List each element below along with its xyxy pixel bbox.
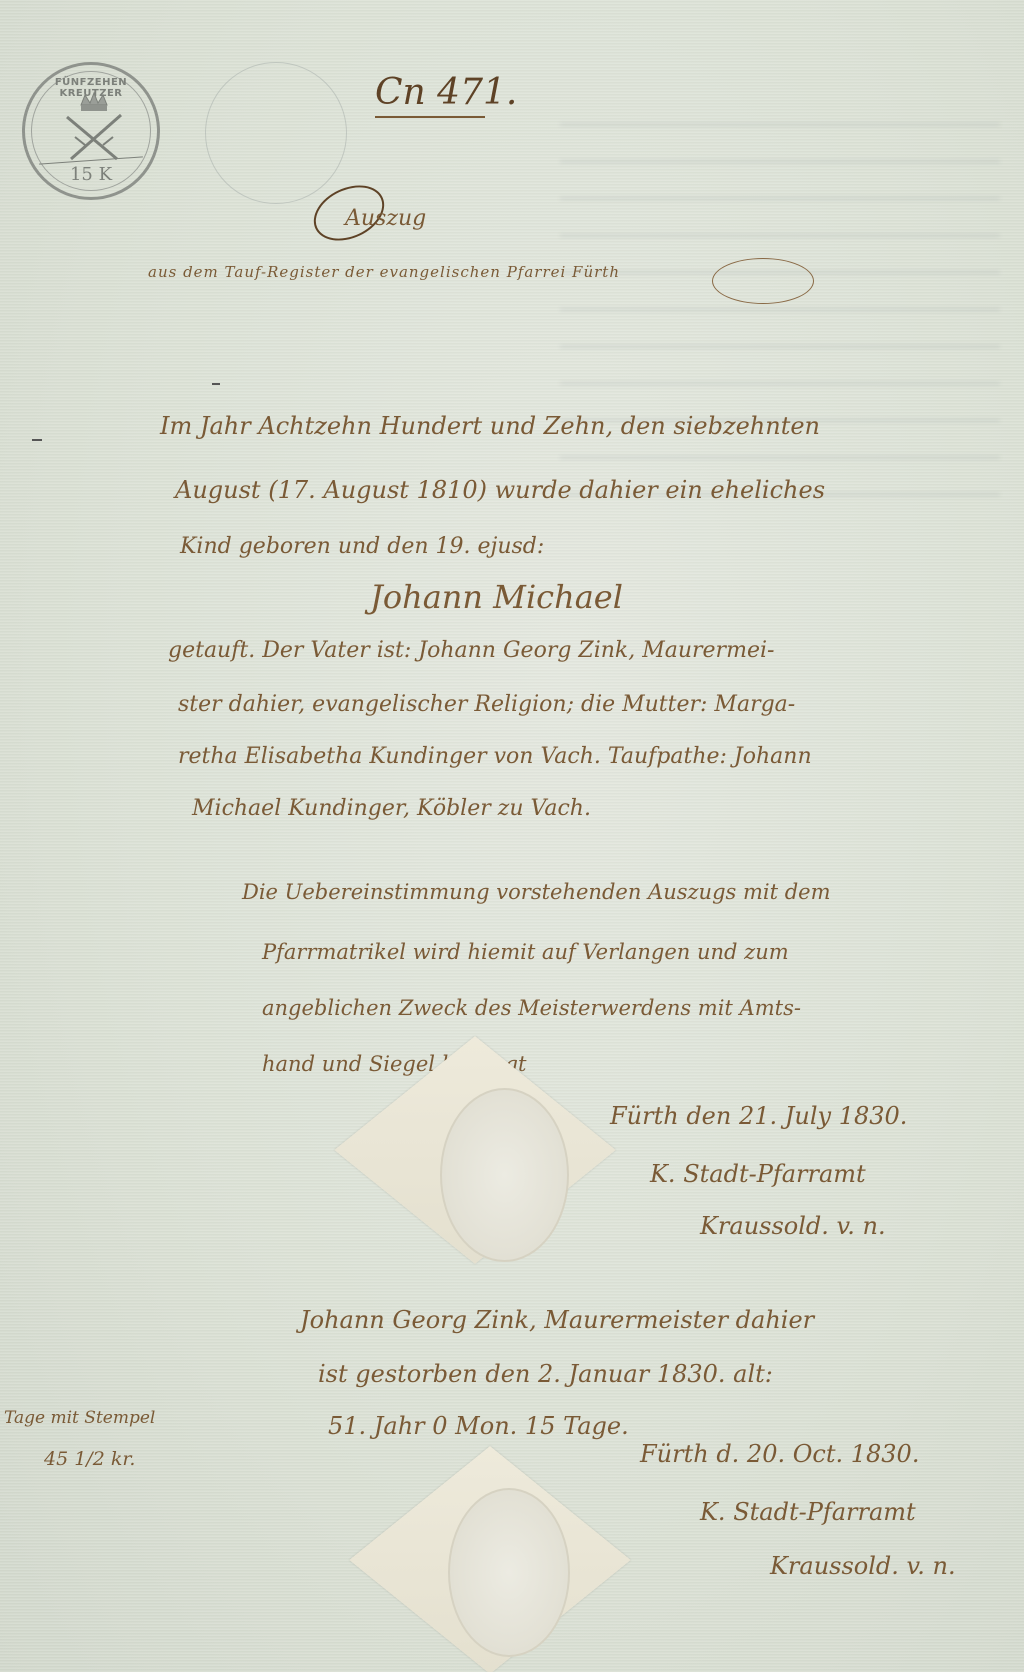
document-heading: Auszug: [345, 206, 426, 231]
parents-line: retha Elisabetha Kundinger von Vach. Tau…: [178, 744, 812, 769]
bleed-through-text: [560, 110, 1000, 530]
embossed-seal: [448, 1488, 570, 1657]
tax-stamp: FÜNFZEHEN KREUTZER 15 K: [22, 62, 160, 200]
document-subheading: aus dem Tauf-Register der evangelischen …: [148, 263, 620, 281]
signature-name: Kraussold. v. n.: [770, 1552, 956, 1580]
attestation-line: Pfarrmatrikel wird hiemit auf Verlangen …: [262, 940, 789, 964]
parents-line: ster dahier, evangelischer Religion; die…: [178, 692, 795, 717]
parents-line: getauft. Der Vater ist: Johann Georg Zin…: [168, 638, 774, 663]
attestation-line: angeblichen Zweck des Meisterwerdens mit…: [262, 996, 801, 1020]
margin-note-fee-label: Tage mit Stempel: [4, 1408, 155, 1428]
death-note-line: 51. Jahr 0 Mon. 15 Tage.: [328, 1412, 629, 1440]
signature-place-date: Fürth d. 20. Oct. 1830.: [640, 1440, 919, 1468]
signature-office: K. Stadt-Pfarramt: [700, 1498, 916, 1526]
attestation-line: Die Uebereinstimmung vorstehenden Auszug…: [242, 880, 831, 904]
child-name: Johann Michael: [370, 578, 623, 616]
body-line: Kind geboren und den 19. ejusd:: [180, 534, 544, 559]
signature-place-date: Fürth den 21. July 1830.: [610, 1102, 907, 1130]
body-line: August (17. August 1810) wurde dahier ei…: [175, 476, 825, 504]
margin-note-fee-amount: 45 1/2 kr.: [44, 1448, 135, 1470]
reference-underline: [375, 116, 485, 118]
embossed-seal: [440, 1088, 569, 1262]
death-note-line: ist gestorben den 2. Januar 1830. alt:: [318, 1360, 773, 1388]
reference-number: Cn 471.: [375, 72, 517, 113]
stamp-value: 15 K: [25, 164, 157, 185]
body-line: Im Jahr Achtzehn Hundert und Zehn, den s…: [160, 412, 820, 440]
crown-crossed-swords-icon: [59, 91, 129, 163]
margin-mark: [32, 439, 42, 441]
death-note-line: Johann Georg Zink, Maurermeister dahier: [300, 1306, 814, 1334]
parents-line: Michael Kundinger, Köbler zu Vach.: [192, 796, 591, 821]
blind-embossed-circle: [205, 62, 347, 204]
margin-mark: [212, 383, 220, 385]
signature-office: K. Stadt-Pfarramt: [650, 1160, 866, 1188]
signature-name: Kraussold. v. n.: [700, 1212, 886, 1240]
place-name-circle: [712, 258, 814, 304]
